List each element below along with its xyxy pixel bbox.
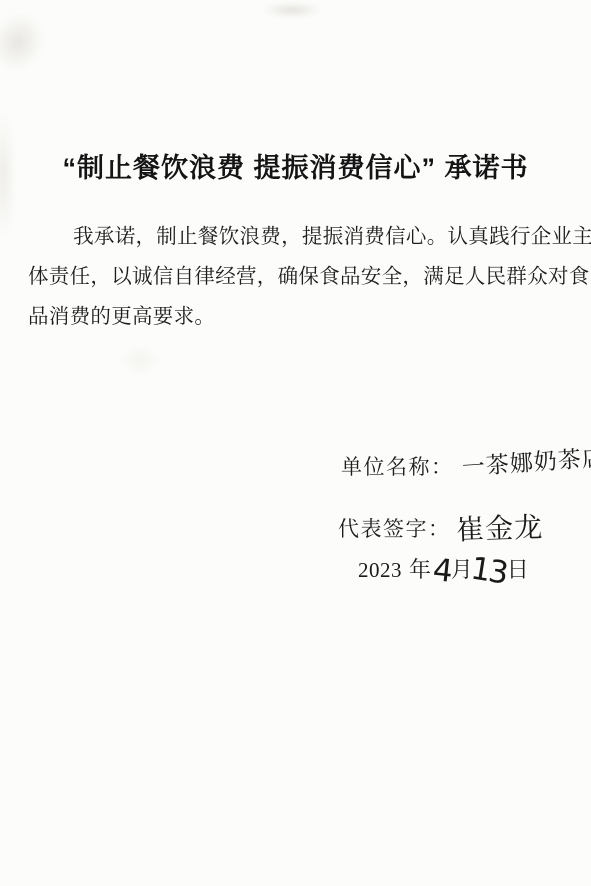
body-line: 品消费的更高要求。 xyxy=(28,297,571,337)
signature-handwritten-value: 崔金龙 xyxy=(455,505,543,548)
date-year-unit: 年 xyxy=(409,557,432,582)
date-row: 2023年4月13日 xyxy=(358,553,529,584)
date-day-handwritten-digit: 13 xyxy=(470,557,508,584)
date-day-unit: 日 xyxy=(507,557,530,582)
unit-name-row: 单位名称：一茶娜奶茶店 xyxy=(341,448,591,481)
scan-smudge xyxy=(262,2,322,18)
body-paragraph: 我承诺，制止餐饮浪费，提振消费信心。认真践行企业主 体责任，以诚信自律经营，确保… xyxy=(28,217,571,337)
scan-smudge xyxy=(120,345,160,375)
date-year: 2023 xyxy=(358,558,402,582)
date-month-handwritten-digit: 4 xyxy=(431,559,453,583)
unit-name-handwritten-value: 一茶娜奶茶店 xyxy=(460,439,591,482)
scan-smudge xyxy=(0,4,54,80)
signer-label: 代表签字： xyxy=(338,517,451,541)
body-line: 我承诺，制止餐饮浪费，提振消费信心。认真践行企业主 xyxy=(28,217,571,257)
unit-name-label: 单位名称： xyxy=(341,455,454,479)
body-line: 体责任，以诚信自律经营，确保食品安全，满足人民群众对食 xyxy=(28,257,571,297)
signer-row: 代表签字：崔金龙 xyxy=(338,505,543,545)
document-title: “制止餐饮浪费 提振消费信心” 承诺书 xyxy=(0,146,591,185)
scanned-document-page: “制止餐饮浪费 提振消费信心” 承诺书 我承诺，制止餐饮浪费，提振消费信心。认真… xyxy=(0,0,591,886)
